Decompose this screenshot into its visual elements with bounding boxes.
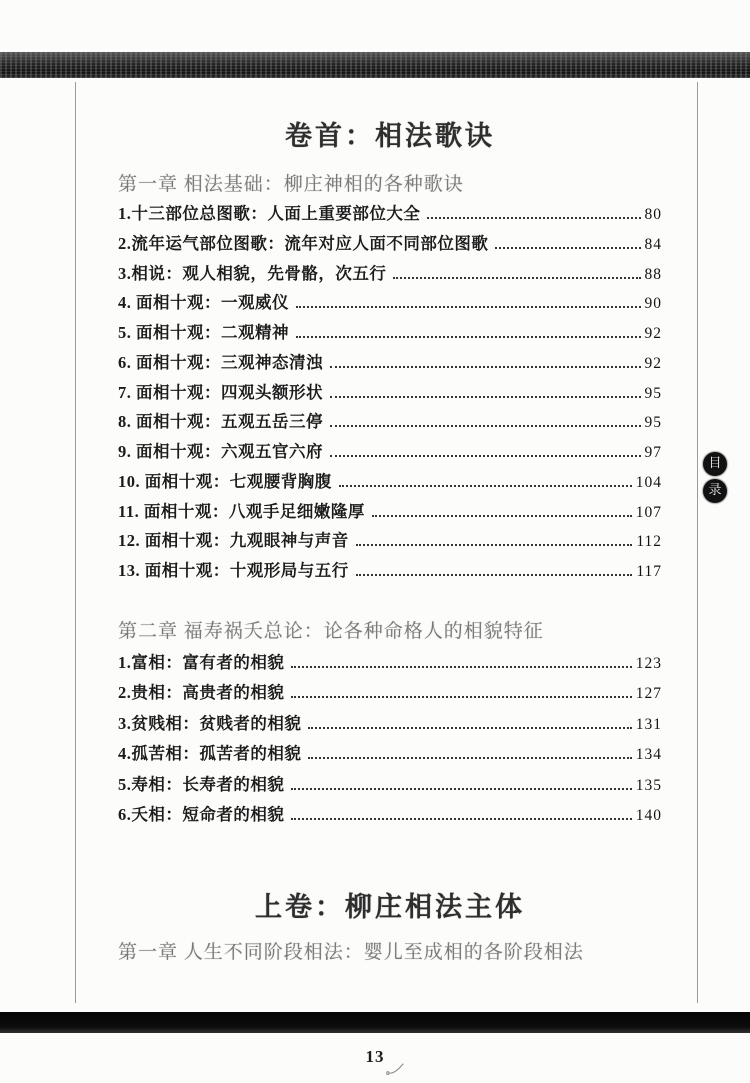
toc-entry-label: 3.贫贱相：贫贱者的相貌 xyxy=(118,709,301,739)
toc-entry: 9. 面相十观：六观五官六府97 xyxy=(118,437,662,467)
toc-entry-label: 5. 面相十观：二观精神 xyxy=(118,318,289,348)
toc-entry-page: 92 xyxy=(645,349,663,379)
dot-leader xyxy=(427,216,640,219)
toc-entry-label: 12. 面相十观：九观眼神与声音 xyxy=(118,526,349,556)
toc-entry: 7. 面相十观：四观头额形状95 xyxy=(118,378,662,408)
toc-entry-page: 117 xyxy=(636,557,662,587)
scanned-book-page: 卷首：相法歌诀 第一章 相法基础：柳庄神相的各种歌诀 1.十三部位总图歌：人面上… xyxy=(0,0,750,1083)
chapter-heading-1: 第一章 相法基础：柳庄神相的各种歌诀 xyxy=(118,169,678,196)
toc-entry-page: 92 xyxy=(645,319,663,349)
toc-entry-label: 2.贵相：高贵者的相貌 xyxy=(118,678,284,708)
chapter-heading-2: 第二章 福寿祸夭总论：论各种命格人的相貌特征 xyxy=(118,616,678,643)
toc-entry: 3.相说：观人相貌，先骨骼，次五行88 xyxy=(118,259,662,289)
chapter-heading-3: 第一章 人生不同阶段相法：婴儿至成相的各阶段相法 xyxy=(118,937,678,964)
dot-leader xyxy=(393,276,640,279)
toc-entry-label: 3.相说：观人相貌，先骨骼，次五行 xyxy=(118,259,386,289)
toc-entry-page: 112 xyxy=(636,527,662,557)
toc-entry-label: 7. 面相十观：四观头额形状 xyxy=(118,378,323,408)
toc-entry: 6. 面相十观：三观神态清浊92 xyxy=(118,348,662,378)
dot-leader xyxy=(291,665,631,668)
toc-section-2-entries: 1.富相：富有者的相貌1232.贵相：高贵者的相貌1273.贫贱相：贫贱者的相貌… xyxy=(118,648,662,830)
toc-entry-page: 90 xyxy=(645,289,663,319)
dot-leader xyxy=(339,484,632,487)
toc-entry: 12. 面相十观：九观眼神与声音112 xyxy=(118,526,662,556)
dot-leader xyxy=(308,756,631,759)
top-scan-bar xyxy=(0,52,750,78)
dot-leader xyxy=(308,726,631,729)
toc-entry-page: 134 xyxy=(636,740,662,770)
dot-leader xyxy=(356,573,633,576)
upper-part-title: 上卷：柳庄相法主体 xyxy=(118,885,662,924)
toc-entry-label: 9. 面相十观：六观五官六府 xyxy=(118,437,323,467)
dot-leader xyxy=(330,454,641,457)
page-frame-left-rule xyxy=(75,82,76,1003)
dot-leader xyxy=(330,365,641,368)
toc-entry-page: 140 xyxy=(636,801,662,831)
toc-entry: 4. 面相十观：一观威仪90 xyxy=(118,288,662,318)
dot-leader xyxy=(330,424,641,427)
toc-entry-label: 4.孤苦相：孤苦者的相貌 xyxy=(118,739,301,769)
dot-leader xyxy=(291,817,631,820)
toc-entry-label: 4. 面相十观：一观威仪 xyxy=(118,288,289,318)
toc-entry-label: 1.富相：富有者的相貌 xyxy=(118,648,284,678)
toc-side-tab: 目 录 xyxy=(703,452,729,506)
toc-entry-label: 1.十三部位总图歌：人面上重要部位大全 xyxy=(118,199,420,229)
toc-section-1-entries: 1.十三部位总图歌：人面上重要部位大全802.流年运气部位图歌：流年对应人面不同… xyxy=(118,199,662,586)
toc-entry: 2.贵相：高贵者的相貌127 xyxy=(118,678,662,708)
side-tab-char-mu: 目 xyxy=(703,452,727,476)
toc-entry-page: 95 xyxy=(645,408,663,438)
toc-entry-page: 80 xyxy=(645,200,663,230)
toc-entry-label: 6. 面相十观：三观神态清浊 xyxy=(118,348,323,378)
toc-entry: 5. 面相十观：二观精神92 xyxy=(118,318,662,348)
toc-entry: 1.十三部位总图歌：人面上重要部位大全80 xyxy=(118,199,662,229)
toc-entry-page: 88 xyxy=(645,260,663,290)
toc-entry-label: 5.寿相：长寿者的相貌 xyxy=(118,770,284,800)
toc-entry: 1.富相：富有者的相貌123 xyxy=(118,648,662,678)
bottom-scan-bar xyxy=(0,1012,750,1033)
dot-leader xyxy=(372,514,632,517)
toc-entry: 8. 面相十观：五观五岳三停95 xyxy=(118,407,662,437)
toc-entry-page: 95 xyxy=(645,379,663,409)
toc-entry-label: 10. 面相十观：七观腰背胸腹 xyxy=(118,467,332,497)
toc-entry-page: 131 xyxy=(636,710,662,740)
dot-leader xyxy=(296,335,641,338)
toc-entry-label: 2.流年运气部位图歌：流年对应人面不同部位图歌 xyxy=(118,229,488,259)
toc-entry: 11. 面相十观：八观手足细嫩隆厚107 xyxy=(118,497,662,527)
toc-entry-page: 107 xyxy=(636,498,662,528)
toc-entry: 5.寿相：长寿者的相貌135 xyxy=(118,770,662,800)
toc-entry-page: 127 xyxy=(636,679,662,709)
page-number: 13 xyxy=(0,1047,750,1067)
dot-leader xyxy=(356,543,633,546)
toc-entry-page: 97 xyxy=(645,438,663,468)
toc-entry: 6.夭相：短命者的相貌140 xyxy=(118,800,662,830)
page-frame-right-rule xyxy=(697,82,698,1003)
dot-leader xyxy=(330,395,641,398)
front-part-title: 卷首：相法歌诀 xyxy=(118,114,662,153)
dot-leader xyxy=(291,787,631,790)
toc-entry-label: 11. 面相十观：八观手足细嫩隆厚 xyxy=(118,497,365,527)
dot-leader xyxy=(291,695,631,698)
toc-entry-label: 6.夭相：短命者的相貌 xyxy=(118,800,284,830)
side-tab-char-lu: 录 xyxy=(703,479,727,503)
toc-entry: 2.流年运气部位图歌：流年对应人面不同部位图歌84 xyxy=(118,229,662,259)
toc-entry: 4.孤苦相：孤苦者的相貌134 xyxy=(118,739,662,769)
toc-entry-page: 104 xyxy=(636,468,662,498)
toc-entry-label: 8. 面相十观：五观五岳三停 xyxy=(118,407,323,437)
dot-leader xyxy=(495,246,640,249)
dot-leader xyxy=(296,305,641,308)
toc-entry-label: 13. 面相十观：十观形局与五行 xyxy=(118,556,349,586)
flourish-mark xyxy=(384,1062,406,1076)
toc-entry: 10. 面相十观：七观腰背胸腹104 xyxy=(118,467,662,497)
toc-entry: 3.贫贱相：贫贱者的相貌131 xyxy=(118,709,662,739)
toc-entry-page: 84 xyxy=(645,230,663,260)
toc-entry-page: 135 xyxy=(636,771,662,801)
toc-entry-page: 123 xyxy=(636,649,662,679)
toc-entry: 13. 面相十观：十观形局与五行117 xyxy=(118,556,662,586)
